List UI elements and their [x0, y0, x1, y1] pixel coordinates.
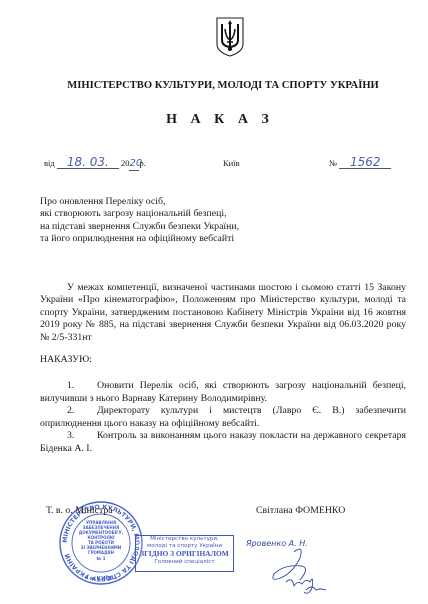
- stamp-inner-line: № 1: [97, 556, 106, 561]
- order-item: 3.Контроль за виконанням цього наказу по…: [40, 430, 406, 455]
- stamp-line: Головний спеціаліст: [136, 559, 233, 566]
- item-number: 1.: [67, 380, 97, 393]
- order-subject: Про оновлення Переліку осіб, які створюю…: [40, 196, 239, 245]
- subject-line: які створюють загрозу національній безпе…: [40, 208, 239, 220]
- from-label: від: [44, 158, 55, 168]
- handwritten-date: 18. 03.: [57, 156, 119, 169]
- document-page: МІНІСТЕРСТВО КУЛЬТУРИ, МОЛОДІ ТА СПОРТУ …: [0, 0, 428, 604]
- ministry-name: МІНІСТЕРСТВО КУЛЬТУРИ, МОЛОДІ ТА СПОРТУ …: [0, 80, 428, 91]
- stamp-line: ЗГІДНО З ОРИГІНАЛОМ: [136, 550, 233, 559]
- year-prefix: 20: [121, 158, 130, 168]
- order-word: НАКАЗУЮ:: [40, 354, 92, 365]
- dateline: від 18. 03. 2020р. Київ № 1562: [0, 156, 428, 176]
- number-label: №: [329, 158, 337, 168]
- year-suffix: р.: [139, 158, 145, 168]
- handwritten-number: 1562: [339, 156, 391, 169]
- item-number: 2.: [67, 405, 97, 418]
- stamp-line: Міністерство культури,: [136, 536, 233, 543]
- order-item: 1.Оновити Перелік осіб, які створюють за…: [40, 380, 406, 405]
- item-number: 3.: [67, 430, 97, 443]
- stamp-inner-line: ГРОМАДЯН: [88, 550, 114, 555]
- certified-copy-stamp: Міністерство культури, молоді та спорту …: [135, 535, 234, 572]
- stamp-city: • м.КИЇВ •: [84, 575, 117, 582]
- subject-line: Про оновлення Переліку осіб,: [40, 196, 239, 208]
- trident-coat-of-arms-icon: [215, 16, 245, 58]
- signatory-name: Світлана ФОМЕНКО: [256, 505, 345, 516]
- order-number-field: № 1562: [329, 156, 391, 169]
- subject-line: та його оприлюднення на офіційному вебса…: [40, 233, 239, 245]
- handwritten-certifier-name: Яровенко А. Н.: [246, 539, 308, 548]
- order-items: 1.Оновити Перелік осіб, які створюють за…: [40, 380, 406, 456]
- date-field: від 18. 03. 2020р.: [44, 156, 146, 171]
- subject-line: на підставі звернення Служби безпеки Укр…: [40, 221, 239, 233]
- document-type-title: Н А К А З: [0, 112, 428, 128]
- handwritten-year: 20: [129, 158, 139, 171]
- order-item: 2.Директорату культури і мистецтв (Лавро…: [40, 405, 406, 430]
- preamble-paragraph: У межах компетенції, визначеної частинам…: [40, 282, 406, 344]
- city: Київ: [223, 158, 240, 168]
- signatory-role: Т. в. о. Міністра: [46, 505, 113, 516]
